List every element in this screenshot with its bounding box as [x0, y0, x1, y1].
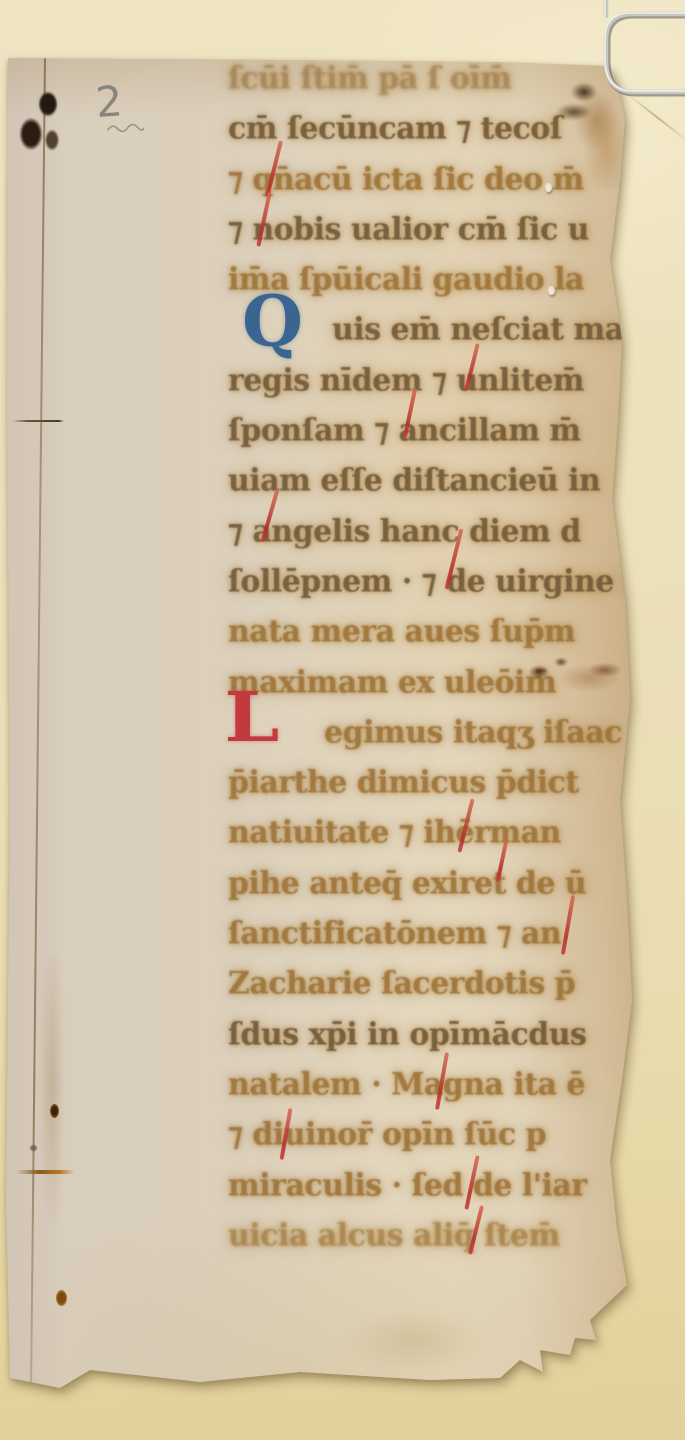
text-line: Zacharie ſacerdotis p̄ [228, 958, 658, 1010]
text-line: ſollēpnem · ⁊ de uirgine h [228, 556, 658, 608]
fold-slit-lower [16, 1170, 74, 1174]
metal-page-clip [595, 0, 685, 170]
text-line: ſanctificatōnem ⁊ an [228, 908, 658, 960]
fold-slit-upper [12, 420, 64, 422]
text-line: p̄iarthe dimicus p̄dict [228, 757, 658, 809]
text-line: natiuitate ⁊ ihērman [228, 807, 658, 859]
folio-mark-underline [105, 121, 146, 136]
folio-mark: 2 [94, 74, 158, 138]
text-line: ⁊ angelis hanc diem d [228, 506, 658, 558]
text-line: egimus itaqʒ iſaac [228, 707, 658, 759]
parchment-page: 2 ſcūi ſtim̄ pā ſ oīm̄ cm̄ ſecūncam ⁊ te… [4, 56, 644, 1400]
text-line: uicia alcus aliq̄ ſtem̄ [228, 1210, 658, 1262]
text-line: ⁊ diuinor̄ opīn ſūc p [228, 1109, 658, 1161]
small-stain-dot [30, 1145, 37, 1151]
text-line: miraculis · ſed de l'iar [228, 1160, 658, 1212]
text-line: ⁊ nobis ualior cm̄ ſic u [228, 204, 658, 256]
text-line: ſdus xp̄i in opīmācdus [228, 1009, 658, 1061]
text-line: pihe anteq̄ exiret de ū [228, 858, 658, 910]
sewing-hole [56, 1290, 67, 1306]
dark-stain [509, 642, 641, 700]
sewing-hole [50, 1104, 59, 1118]
ink-stain-blob [16, 88, 68, 168]
text-line: uiam eſſe diſtancieū in [228, 455, 658, 507]
decorated-initial-q: Q [242, 280, 303, 363]
text-line: ſponſam ⁊ ancillam m̄ [228, 405, 658, 457]
folio-number: 2 [94, 76, 124, 127]
decorated-initial-l: L [224, 678, 279, 758]
